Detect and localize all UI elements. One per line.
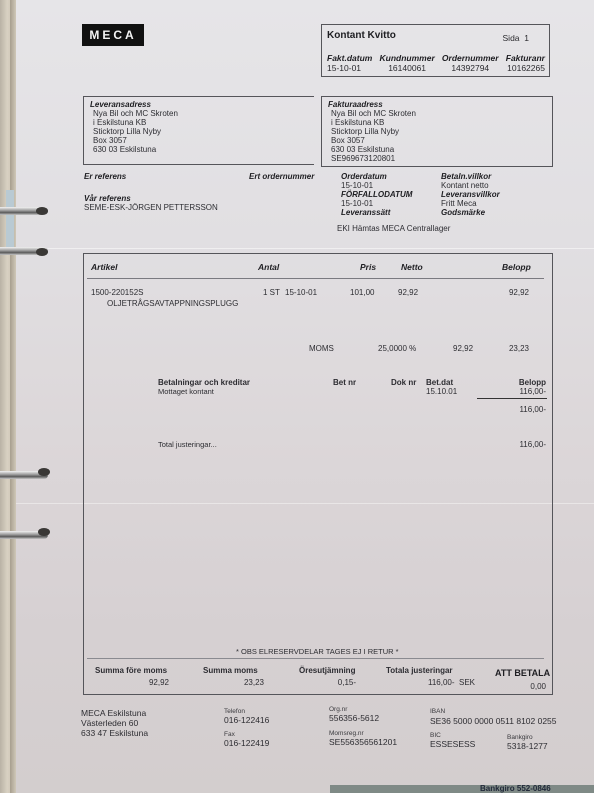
payment-date: 15.10.01 bbox=[426, 387, 457, 396]
due-date: 15-10-01 bbox=[341, 199, 441, 208]
col-payment-amount: Belopp bbox=[494, 378, 546, 387]
vat-reg-label: Momsreg.nr bbox=[329, 730, 364, 737]
payment-terms: Kontant netto bbox=[441, 181, 541, 190]
sum-before-vat: 92,92 bbox=[124, 678, 169, 687]
amount-due: 0,00 bbox=[504, 682, 546, 691]
next-page-text: Bankgiro 552-0846 bbox=[480, 784, 551, 793]
invoice-address-lines: Nya Bil och MC Skroten i Eskilstuna KB S… bbox=[328, 109, 416, 163]
delivery-method-label: Leveranssätt bbox=[341, 208, 441, 217]
line-items-box: Artikel Antal Pris Netto Belopp 1500-220… bbox=[83, 253, 553, 695]
payment-terms-label: Betaln.villkor bbox=[441, 172, 541, 181]
rounding-label: Öresutjämning bbox=[299, 666, 355, 675]
article-number: 1500-220152S bbox=[91, 288, 144, 297]
item-date: 15-10-01 bbox=[285, 288, 317, 297]
next-page-edge bbox=[330, 785, 594, 793]
invoice-address-label: Fakturaadress bbox=[328, 100, 416, 109]
currency: SEK bbox=[459, 678, 475, 687]
total-adjustments-label: Total justeringar... bbox=[158, 440, 217, 449]
col-price: Pris bbox=[360, 262, 376, 272]
bic: ESSESESS bbox=[430, 739, 475, 749]
bankgiro-label: Bankgiro bbox=[507, 734, 533, 741]
vat-base: 92,92 bbox=[453, 344, 473, 353]
delivery-address-label: Leveransadress bbox=[90, 100, 178, 109]
field-invoice-date: Fakt.datum 15-10-01 bbox=[327, 53, 372, 73]
document-title: Kontant Kvitto bbox=[327, 30, 396, 41]
page-indicator: Sida 1 bbox=[503, 33, 529, 43]
ring-hole bbox=[38, 468, 50, 476]
order-info: Orderdatum Betaln.villkor 15-10-01 Konta… bbox=[341, 172, 541, 217]
payments-title: Betalningar och kreditar bbox=[158, 378, 250, 387]
ring-hole bbox=[36, 207, 48, 215]
article-description: OLJETRÅGSAVTAPPNINGSPLUGG bbox=[107, 299, 238, 308]
col-bet-nr: Bet nr bbox=[333, 378, 356, 387]
col-article: Artikel bbox=[91, 262, 117, 272]
vat-reg-number: SE556356561201 bbox=[329, 737, 397, 747]
vat-amount: 23,23 bbox=[484, 344, 529, 353]
order-date: 15-10-01 bbox=[341, 181, 441, 190]
col-net: Netto bbox=[401, 262, 423, 272]
total-adjustments-summary-label: Totala justeringar bbox=[386, 666, 453, 675]
vat-rate: 25,0000 % bbox=[378, 344, 416, 353]
paper-fold-line bbox=[14, 248, 594, 249]
iban: SE36 5000 0000 0511 8102 0255 bbox=[430, 716, 557, 726]
item-amount: 92,92 bbox=[484, 288, 529, 297]
delivery-address-box: Leveransadress Nya Bil och MC Skroten i … bbox=[83, 96, 314, 165]
binder-spine-edge bbox=[10, 0, 16, 793]
summary-divider bbox=[87, 658, 544, 659]
col-bet-dat: Bet.dat bbox=[426, 378, 453, 387]
items-table-header: Artikel Antal Pris Netto Belopp bbox=[84, 262, 552, 276]
our-reference-label: Vår referens bbox=[84, 194, 131, 203]
delivery-address-lines: Nya Bil och MC Skroten i Eskilstuna KB S… bbox=[90, 109, 178, 154]
header-divider bbox=[87, 278, 544, 279]
vat-label: MOMS bbox=[309, 344, 334, 353]
col-quantity: Antal bbox=[258, 262, 279, 272]
field-customer-number: Kundnummer 16140061 bbox=[380, 53, 435, 73]
ring-hole bbox=[38, 528, 50, 536]
total-adjustments: 116,00- bbox=[494, 440, 546, 449]
phone: 016-122416 bbox=[224, 715, 269, 725]
payment-amount: 116,00- bbox=[494, 387, 546, 396]
ring-hole bbox=[36, 248, 48, 256]
invoice-address-box: Fakturaadress Nya Bil och MC Skroten i E… bbox=[321, 96, 553, 167]
page-label: Sida bbox=[503, 33, 520, 43]
your-reference-label: Er referens bbox=[84, 172, 126, 181]
field-invoice-number: Fakturanr 10162265 bbox=[506, 53, 545, 73]
phone-label: Telefon bbox=[224, 708, 245, 715]
iban-label: IBAN bbox=[430, 708, 445, 715]
rounding: 0,15- bbox=[314, 678, 356, 687]
amount-due-label: ATT BETALA bbox=[495, 668, 550, 678]
payment-subtotal: 116,00- bbox=[494, 405, 546, 414]
sum-vat: 23,23 bbox=[224, 678, 264, 687]
payment-subtotal-rule bbox=[477, 398, 547, 399]
order-date-label: Orderdatum bbox=[341, 172, 441, 181]
payment-description: Mottaget kontant bbox=[158, 387, 214, 396]
col-dok-nr: Dok nr bbox=[391, 378, 416, 387]
receipt-header-box: Kontant Kvitto Sida 1 Fakt.datum 15-10-0… bbox=[321, 24, 550, 77]
fax-label: Fax bbox=[224, 731, 235, 738]
delivery-terms: Fritt Meca bbox=[441, 199, 541, 208]
meca-logo: MECA bbox=[82, 24, 144, 46]
bic-label: BIC bbox=[430, 732, 441, 739]
header-fields: Fakt.datum 15-10-01 Kundnummer 16140061 … bbox=[327, 53, 545, 73]
item-price: 101,00 bbox=[350, 288, 374, 297]
item-quantity: 1 ST bbox=[263, 288, 280, 297]
col-amount: Belopp bbox=[502, 262, 531, 272]
bankgiro: 5318-1277 bbox=[507, 741, 548, 751]
item-net: 92,92 bbox=[398, 288, 418, 297]
sum-before-vat-label: Summa före moms bbox=[95, 666, 167, 675]
org-number-label: Org.nr bbox=[329, 706, 347, 713]
delivery-terms-label: Leveransvillkor bbox=[441, 190, 541, 199]
delivery-method: EKI Hämtas MECA Centrallager bbox=[337, 224, 450, 233]
company-address: MECA Eskilstuna Västerleden 60 633 47 Es… bbox=[81, 708, 148, 738]
sum-vat-label: Summa moms bbox=[203, 666, 258, 675]
total-adjustments-summary: 116,00- SEK bbox=[428, 678, 475, 687]
org-number: 556356-5612 bbox=[329, 713, 379, 723]
our-reference-value: SEME-ESK-JÖRGEN PETTERSSON bbox=[84, 203, 218, 212]
binder-tab bbox=[6, 190, 14, 250]
page-number: 1 bbox=[524, 33, 529, 43]
fax: 016-122419 bbox=[224, 738, 269, 748]
due-date-label: FÖRFALLODATUM bbox=[341, 190, 441, 199]
return-policy-notice: * OBS ELRESERVDELAR TAGES EJ I RETUR * bbox=[236, 647, 399, 656]
goods-mark-label: Godsmärke bbox=[441, 208, 541, 217]
field-order-number: Ordernummer 14392794 bbox=[442, 53, 499, 73]
your-order-number-label: Ert ordernummer bbox=[249, 172, 314, 181]
